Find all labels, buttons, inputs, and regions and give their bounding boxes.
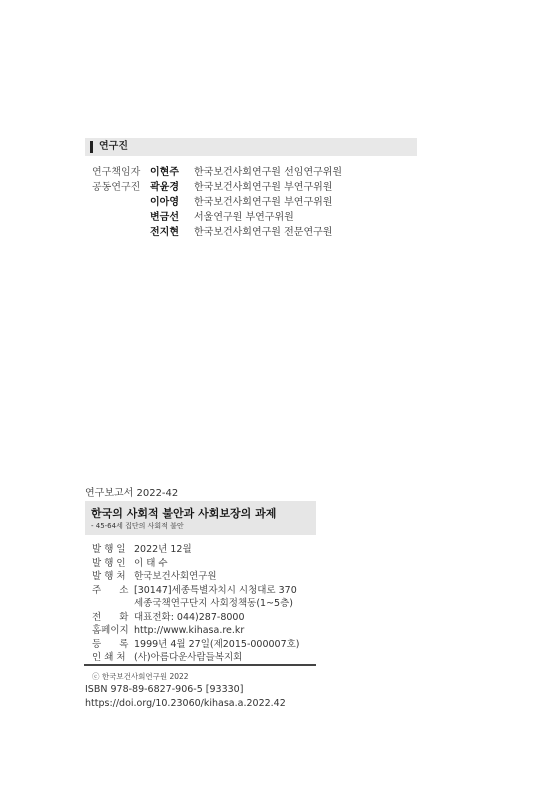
pub-key: 전 화 <box>92 611 134 625</box>
team-member-row: 변금선 서울연구원 부연구위원 <box>92 210 342 225</box>
member-affiliation: 한국보건사회연구원 부연구위원 <box>194 195 332 210</box>
team-member-row: 공동연구진 곽윤경 한국보건사회연구원 부연구위원 <box>92 180 342 195</box>
pub-key: 홈페이지 <box>92 624 134 638</box>
pub-value: [30147]세종특별자치시 시청대로 370 <box>134 584 297 598</box>
pub-row: 주 소[30147]세종특별자치시 시청대로 370 <box>92 584 300 598</box>
pub-row: 발 행 인이 태 수 <box>92 557 300 571</box>
member-affiliation: 한국보건사회연구원 선임연구위원 <box>194 165 342 180</box>
section-marker-icon <box>90 141 93 153</box>
pub-value: (사)아름다운사람들복지회 <box>134 651 242 665</box>
member-name: 변금선 <box>150 210 194 225</box>
member-name: 곽윤경 <box>150 180 194 195</box>
pub-value: http://www.kihasa.re.kr <box>134 624 244 638</box>
team-member-row: 이아영 한국보건사회연구원 부연구위원 <box>92 195 342 210</box>
member-role: 연구책임자 <box>92 165 150 180</box>
member-affiliation: 한국보건사회연구원 부연구위원 <box>194 180 332 195</box>
doi-link: https://doi.org/10.23060/kihasa.a.2022.4… <box>85 698 286 709</box>
pub-row: 전 화대표전화: 044)287-8000 <box>92 611 300 625</box>
publication-info: 발 행 일2022년 12월 발 행 인이 태 수 발 행 처한국보건사회연구원… <box>92 543 300 665</box>
pub-value: 2022년 12월 <box>134 543 192 557</box>
pub-key: 발 행 일 <box>92 543 134 557</box>
report-title-box: 한국의 사회적 불안과 사회보장의 과제 - 45-64세 집단의 사회적 불안 <box>85 501 316 535</box>
pub-row: 발 행 일2022년 12월 <box>92 543 300 557</box>
pub-row: 발 행 처한국보건사회연구원 <box>92 570 300 584</box>
report-subtitle: - 45-64세 집단의 사회적 불안 <box>91 521 184 531</box>
member-role <box>92 195 150 210</box>
pub-value: 한국보건사회연구원 <box>134 570 217 584</box>
pub-key: 등 록 <box>92 638 134 652</box>
section-title: 연구진 <box>99 140 128 154</box>
pub-key: 인 쇄 처 <box>92 651 134 665</box>
report-series: 연구보고서 2022-42 <box>85 484 178 499</box>
divider <box>84 664 316 666</box>
research-team-list: 연구책임자 이현주 한국보건사회연구원 선임연구위원 공동연구진 곽윤경 한국보… <box>92 165 342 240</box>
member-name: 이현주 <box>150 165 194 180</box>
isbn: ISBN 978-89-6827-906-5 [93330] <box>85 684 243 695</box>
report-title: 한국의 사회적 불안과 사회보장의 과제 <box>91 505 276 521</box>
member-name: 이아영 <box>150 195 194 210</box>
pub-value: 대표전화: 044)287-8000 <box>134 611 245 625</box>
member-affiliation: 한국보건사회연구원 전문연구원 <box>194 225 332 240</box>
pub-value: 세종국책연구단지 사회정책동(1~5층) <box>134 597 293 611</box>
copyright: ⓒ 한국보건사회연구원 2022 <box>92 671 189 682</box>
team-member-row: 전지현 한국보건사회연구원 전문연구원 <box>92 225 342 240</box>
pub-key: 주 소 <box>92 584 134 598</box>
research-team-header: 연구진 <box>85 138 417 156</box>
pub-value: 1999년 4월 27일(제2015-000007호) <box>134 638 300 652</box>
pub-key: 발 행 인 <box>92 557 134 571</box>
pub-key <box>92 597 134 611</box>
member-role <box>92 225 150 240</box>
pub-value: 이 태 수 <box>134 557 168 571</box>
pub-row: 인 쇄 처(사)아름다운사람들복지회 <box>92 651 300 665</box>
member-role <box>92 210 150 225</box>
pub-row: 세종국책연구단지 사회정책동(1~5층) <box>92 597 300 611</box>
pub-row: 등 록1999년 4월 27일(제2015-000007호) <box>92 638 300 652</box>
team-member-row: 연구책임자 이현주 한국보건사회연구원 선임연구위원 <box>92 165 342 180</box>
member-affiliation: 서울연구원 부연구위원 <box>194 210 294 225</box>
member-role: 공동연구진 <box>92 180 150 195</box>
member-name: 전지현 <box>150 225 194 240</box>
pub-row: 홈페이지http://www.kihasa.re.kr <box>92 624 300 638</box>
pub-key: 발 행 처 <box>92 570 134 584</box>
